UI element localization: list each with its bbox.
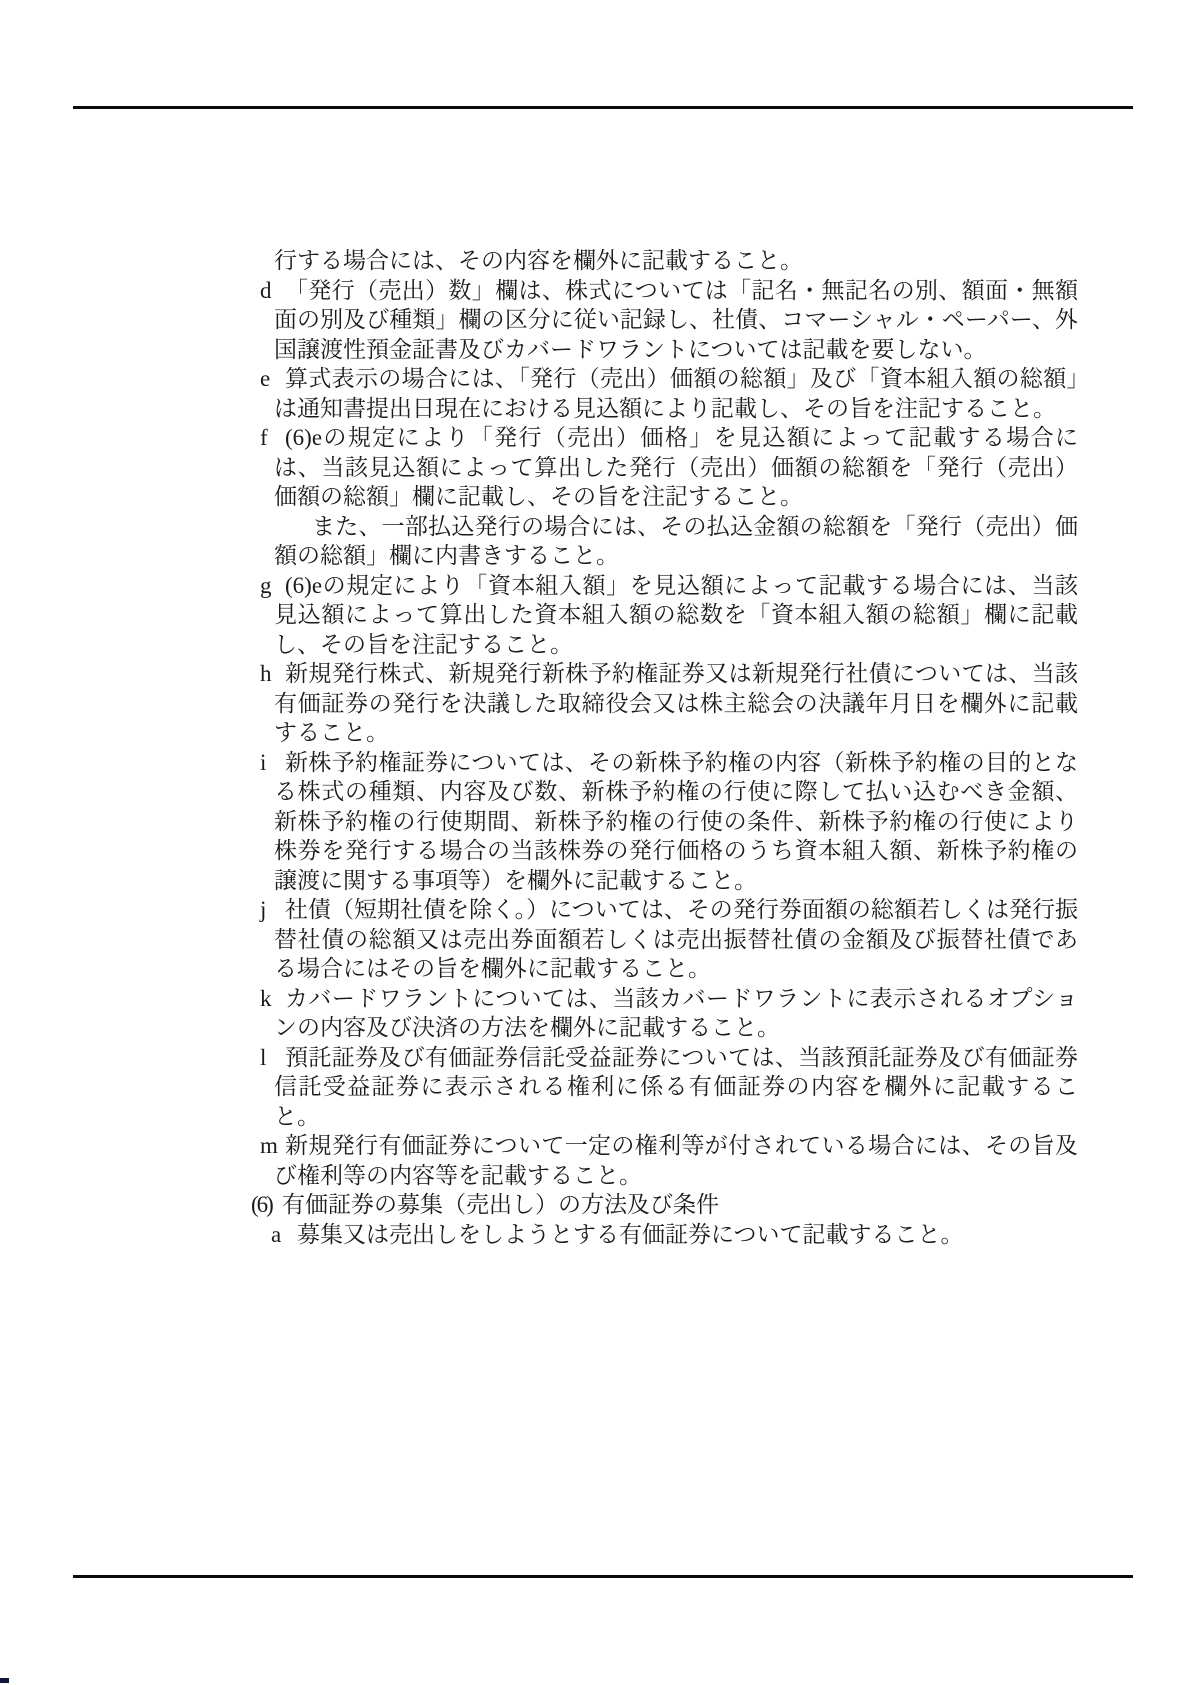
list-item: h新規発行株式、新規発行新株予約権証券又は新規発行社債については、当該有価証券の… xyxy=(0,659,1192,748)
item-paragraph: 新規発行有価証券について一定の権利等が付されている場合には、その旨及び権利等の内… xyxy=(274,1131,1078,1190)
list-item: a 募集又は売出しをしようとする有価証券について記載すること。 xyxy=(0,1220,1192,1250)
list-item: g(6)eの規定により「資本組入額」を見込額によって記載する場合には、当該見込額… xyxy=(0,571,1192,660)
list-item: e算式表示の場合には、「発行（売出）価額の総額」及び「資本組入額の総額」は通知書… xyxy=(0,364,1192,423)
list-item: l預託証券及び有価証券信託受益証券については、当該預託証券及び有価証券信託受益証… xyxy=(0,1043,1192,1132)
item-paragraph: (6)eの規定により「資本組入額」を見込額によって記載する場合には、当該見込額に… xyxy=(274,571,1078,660)
item-paragraph: (6)eの規定により「発行（売出）価格」を見込額によって記載する場合には、当該見… xyxy=(274,423,1078,512)
scan-artifact xyxy=(0,1678,9,1683)
item-text: 募集又は売出しをしようとする有価証券について記載すること。 xyxy=(297,1222,964,1247)
item-label: g xyxy=(260,571,274,601)
item-paragraph: 社債（短期社債を除く。）については、その発行券面額の総額若しくは発行振替社債の総… xyxy=(274,895,1078,984)
list-item: d「発行（売出）数」欄は、株式については「記名・無記名の別、額面・無額面の別及び… xyxy=(0,276,1192,365)
list-item: i新株予約権証券については、その新株予約権の内容（新株予約権の目的となる株式の種… xyxy=(0,748,1192,896)
footer-rule xyxy=(73,1575,1133,1578)
item-label: f xyxy=(260,423,274,453)
list-item: f(6)eの規定により「発行（売出）価格」を見込額によって記載する場合には、当該… xyxy=(0,423,1192,571)
header-rule xyxy=(73,106,1133,109)
item-label: j xyxy=(260,895,274,925)
items-list: d「発行（売出）数」欄は、株式については「記名・無記名の別、額面・無額面の別及び… xyxy=(0,276,1192,1191)
item-paragraph: 預託証券及び有価証券信託受益証券については、当該預託証券及び有価証券信託受益証券… xyxy=(274,1043,1078,1132)
page-body: 行する場合には、その内容を欄外に記載すること。 d「発行（売出）数」欄は、株式に… xyxy=(0,246,1192,1249)
item-label: l xyxy=(260,1043,274,1073)
item-paragraph: 新規発行株式、新規発行新株予約権証券又は新規発行社債については、当該有価証券の発… xyxy=(274,659,1078,748)
item-paragraph: 「発行（売出）数」欄は、株式については「記名・無記名の別、額面・無額面の別及び種… xyxy=(274,276,1078,365)
item-paragraph: 算式表示の場合には、「発行（売出）価額の総額」及び「資本組入額の総額」は通知書提… xyxy=(274,364,1078,423)
item-paragraph: また、一部払込発行の場合には、その払込金額の総額を「発行（売出）価額の総額」欄に… xyxy=(274,512,1078,571)
item-paragraph: 新株予約権証券については、その新株予約権の内容（新株予約権の目的となる株式の種類… xyxy=(274,748,1078,896)
list-item: kカバードワラントについては、当該カバードワラントに表示されるオプションの内容及… xyxy=(0,984,1192,1043)
section-number: (6) xyxy=(251,1190,272,1220)
item-paragraph: カバードワラントについては、当該カバードワラントに表示されるオプションの内容及び… xyxy=(274,984,1078,1043)
list-item: m新規発行有価証券について一定の権利等が付されている場合には、その旨及び権利等の… xyxy=(0,1131,1192,1190)
continuation-line: 行する場合には、その内容を欄外に記載すること。 xyxy=(0,246,1192,276)
item-label: h xyxy=(260,659,274,689)
item-label: d xyxy=(260,276,274,306)
item-label: e xyxy=(260,364,274,394)
document-page: 行する場合には、その内容を欄外に記載すること。 d「発行（売出）数」欄は、株式に… xyxy=(0,0,1192,1685)
item-label: i xyxy=(260,748,274,778)
list-item: j社債（短期社債を除く。）については、その発行券面額の総額若しくは発行振替社債の… xyxy=(0,895,1192,984)
item-label: k xyxy=(260,984,274,1014)
item-label: m xyxy=(260,1131,274,1161)
section-heading: (6) 有価証券の募集（売出し）の方法及び条件 xyxy=(0,1190,1192,1220)
section-title: 有価証券の募集（売出し）の方法及び条件 xyxy=(282,1192,719,1217)
item-label: a xyxy=(271,1220,281,1250)
